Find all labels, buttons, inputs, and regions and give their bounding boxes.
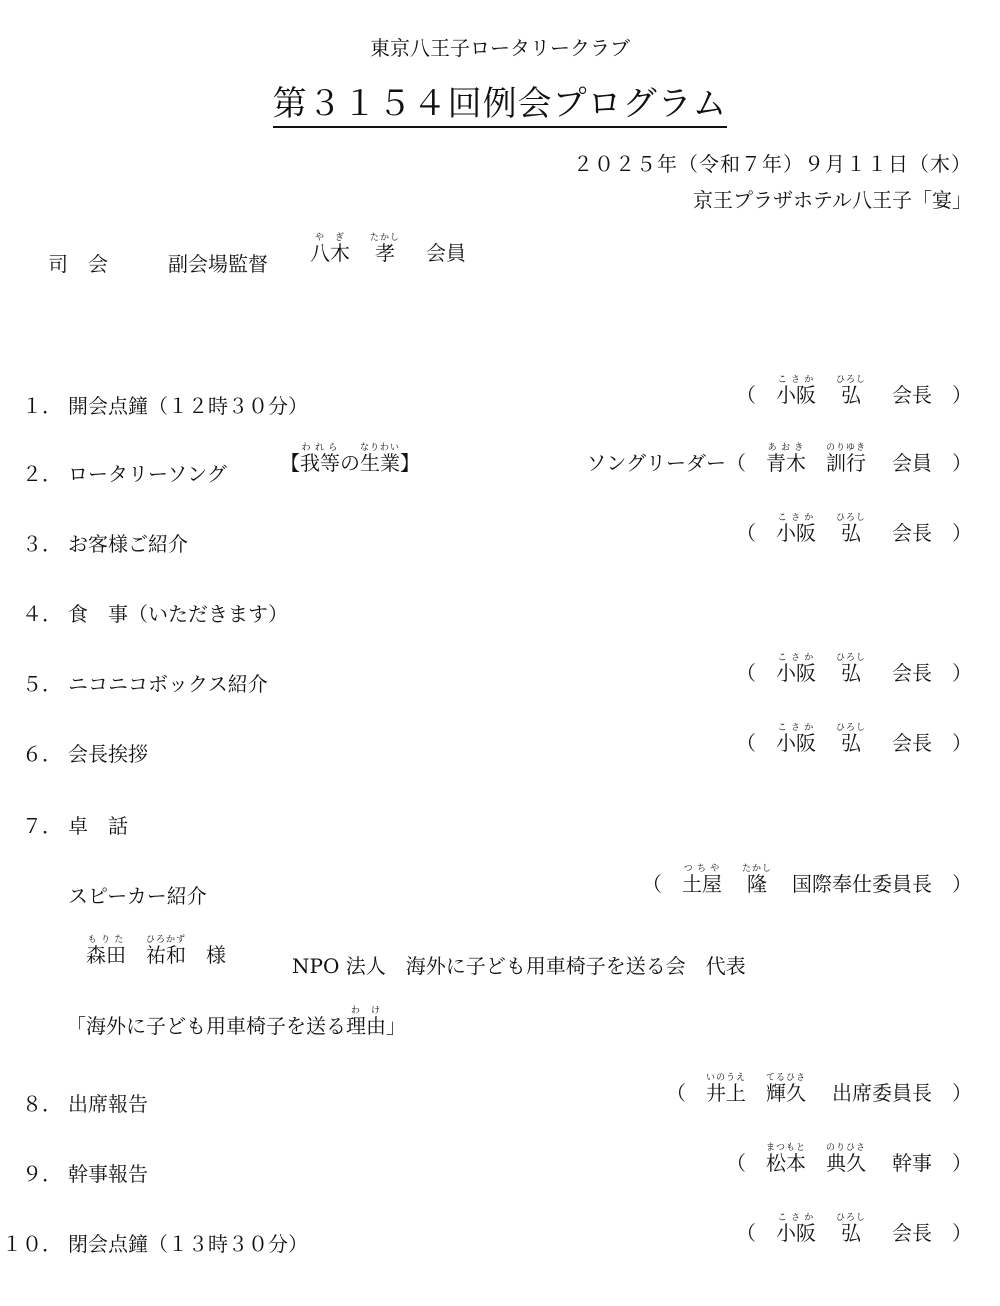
item-label: 幹事報告 <box>68 1158 148 1187</box>
title-text: 第３１５４回例会プログラム <box>273 84 728 128</box>
item-person: （小阪こさか弘ひろし会長） <box>736 653 972 686</box>
item-number: ５． <box>0 668 62 697</box>
program-item: １．開会点鐘（１２時３０分）（小阪こさか弘ひろし会長） <box>0 376 1000 416</box>
item-number: ７． <box>0 810 62 839</box>
item-number: １． <box>0 390 62 419</box>
item-label: 卓 話 <box>68 810 128 839</box>
item-label: お客様ご紹介 <box>68 528 188 557</box>
item-person: ソングリーダー（青木あおき訓行のりゆき会員） <box>586 443 972 476</box>
item-number: ８． <box>0 1088 62 1117</box>
item-label: 食 事（いただきます） <box>68 598 288 627</box>
item-person: （小阪こさか弘ひろし会長） <box>736 375 972 408</box>
program-item: ２．ロータリーソング【我等われらの生業なりわい】ソングリーダー（青木あおき訓行の… <box>0 444 1000 484</box>
item-label: 閉会点鐘（１３時３０分） <box>68 1228 308 1257</box>
item-label: ニコニコボックス紹介 <box>68 668 268 697</box>
item-label: ロータリーソング【我等われらの生業なりわい】 <box>68 458 227 487</box>
program-item: ８．出席報告（井上いのうえ輝久てるひさ出席委員長） <box>0 1074 1000 1114</box>
item-person: （小阪こさか弘ひろし会長） <box>736 723 972 756</box>
item-number: １０． <box>0 1228 62 1257</box>
item-label: 開会点鐘（１２時３０分） <box>68 390 308 419</box>
item-label: 会長挨拶 <box>68 738 148 767</box>
speaker-intro-label: スピーカー紹介 <box>68 880 207 909</box>
speaker-name: 森田もりた祐和ひろかず様 <box>86 935 226 968</box>
item-person: （小阪こさか弘ひろし会長） <box>736 513 972 546</box>
mc-name: 八木やぎ孝たかし会員 <box>310 233 466 266</box>
speaker-intro-person: （土屋つちや隆たかし国際奉仕委員長） <box>642 864 972 897</box>
item-number: ３． <box>0 528 62 557</box>
meeting-venue: 京王プラザホテル八王子「宴」 <box>693 184 972 213</box>
program-item: ６．会長挨拶（小阪こさか弘ひろし会長） <box>0 724 1000 764</box>
item-number: ６． <box>0 738 62 767</box>
program-item: ９．幹事報告（松本まつもと典久のりひさ幹事） <box>0 1144 1000 1184</box>
program-item: ４．食 事（いただきます） <box>0 584 1000 624</box>
item-person: （松本まつもと典久のりひさ幹事） <box>726 1143 972 1176</box>
item-person: （小阪こさか弘ひろし会長） <box>736 1213 972 1246</box>
mc-label: 司 会 <box>48 248 108 277</box>
program-item: ３．お客様ご紹介（小阪こさか弘ひろし会長） <box>0 514 1000 554</box>
song-title: 【我等われらの生業なりわい】 <box>280 443 420 476</box>
program-item: ５．ニコニコボックス紹介（小阪こさか弘ひろし会長） <box>0 654 1000 694</box>
item-number: ４． <box>0 598 62 627</box>
club-name: 東京八王子ロータリークラブ <box>0 32 1000 61</box>
program-item: ７．卓 話 <box>0 796 1000 836</box>
speech-topic: 「海外に子ども用車椅子を送る理由わけ」 <box>66 1006 406 1039</box>
item-number: ２． <box>0 458 62 487</box>
program-item: １０．閉会点鐘（１３時３０分）（小阪こさか弘ひろし会長） <box>0 1214 1000 1254</box>
mc-role: 副会場監督 <box>168 248 268 277</box>
speaker-affiliation: NPO 法人 海外に子ども用車椅子を送る会 代表 <box>292 950 746 979</box>
item-label: 出席報告 <box>68 1088 148 1117</box>
meeting-date: ２０２５年（令和７年）９月１１日（木） <box>573 148 972 177</box>
item-number: ９． <box>0 1158 62 1187</box>
item-person: （井上いのうえ輝久てるひさ出席委員長） <box>666 1073 972 1106</box>
page-title: 第３１５４回例会プログラム <box>0 76 1000 125</box>
